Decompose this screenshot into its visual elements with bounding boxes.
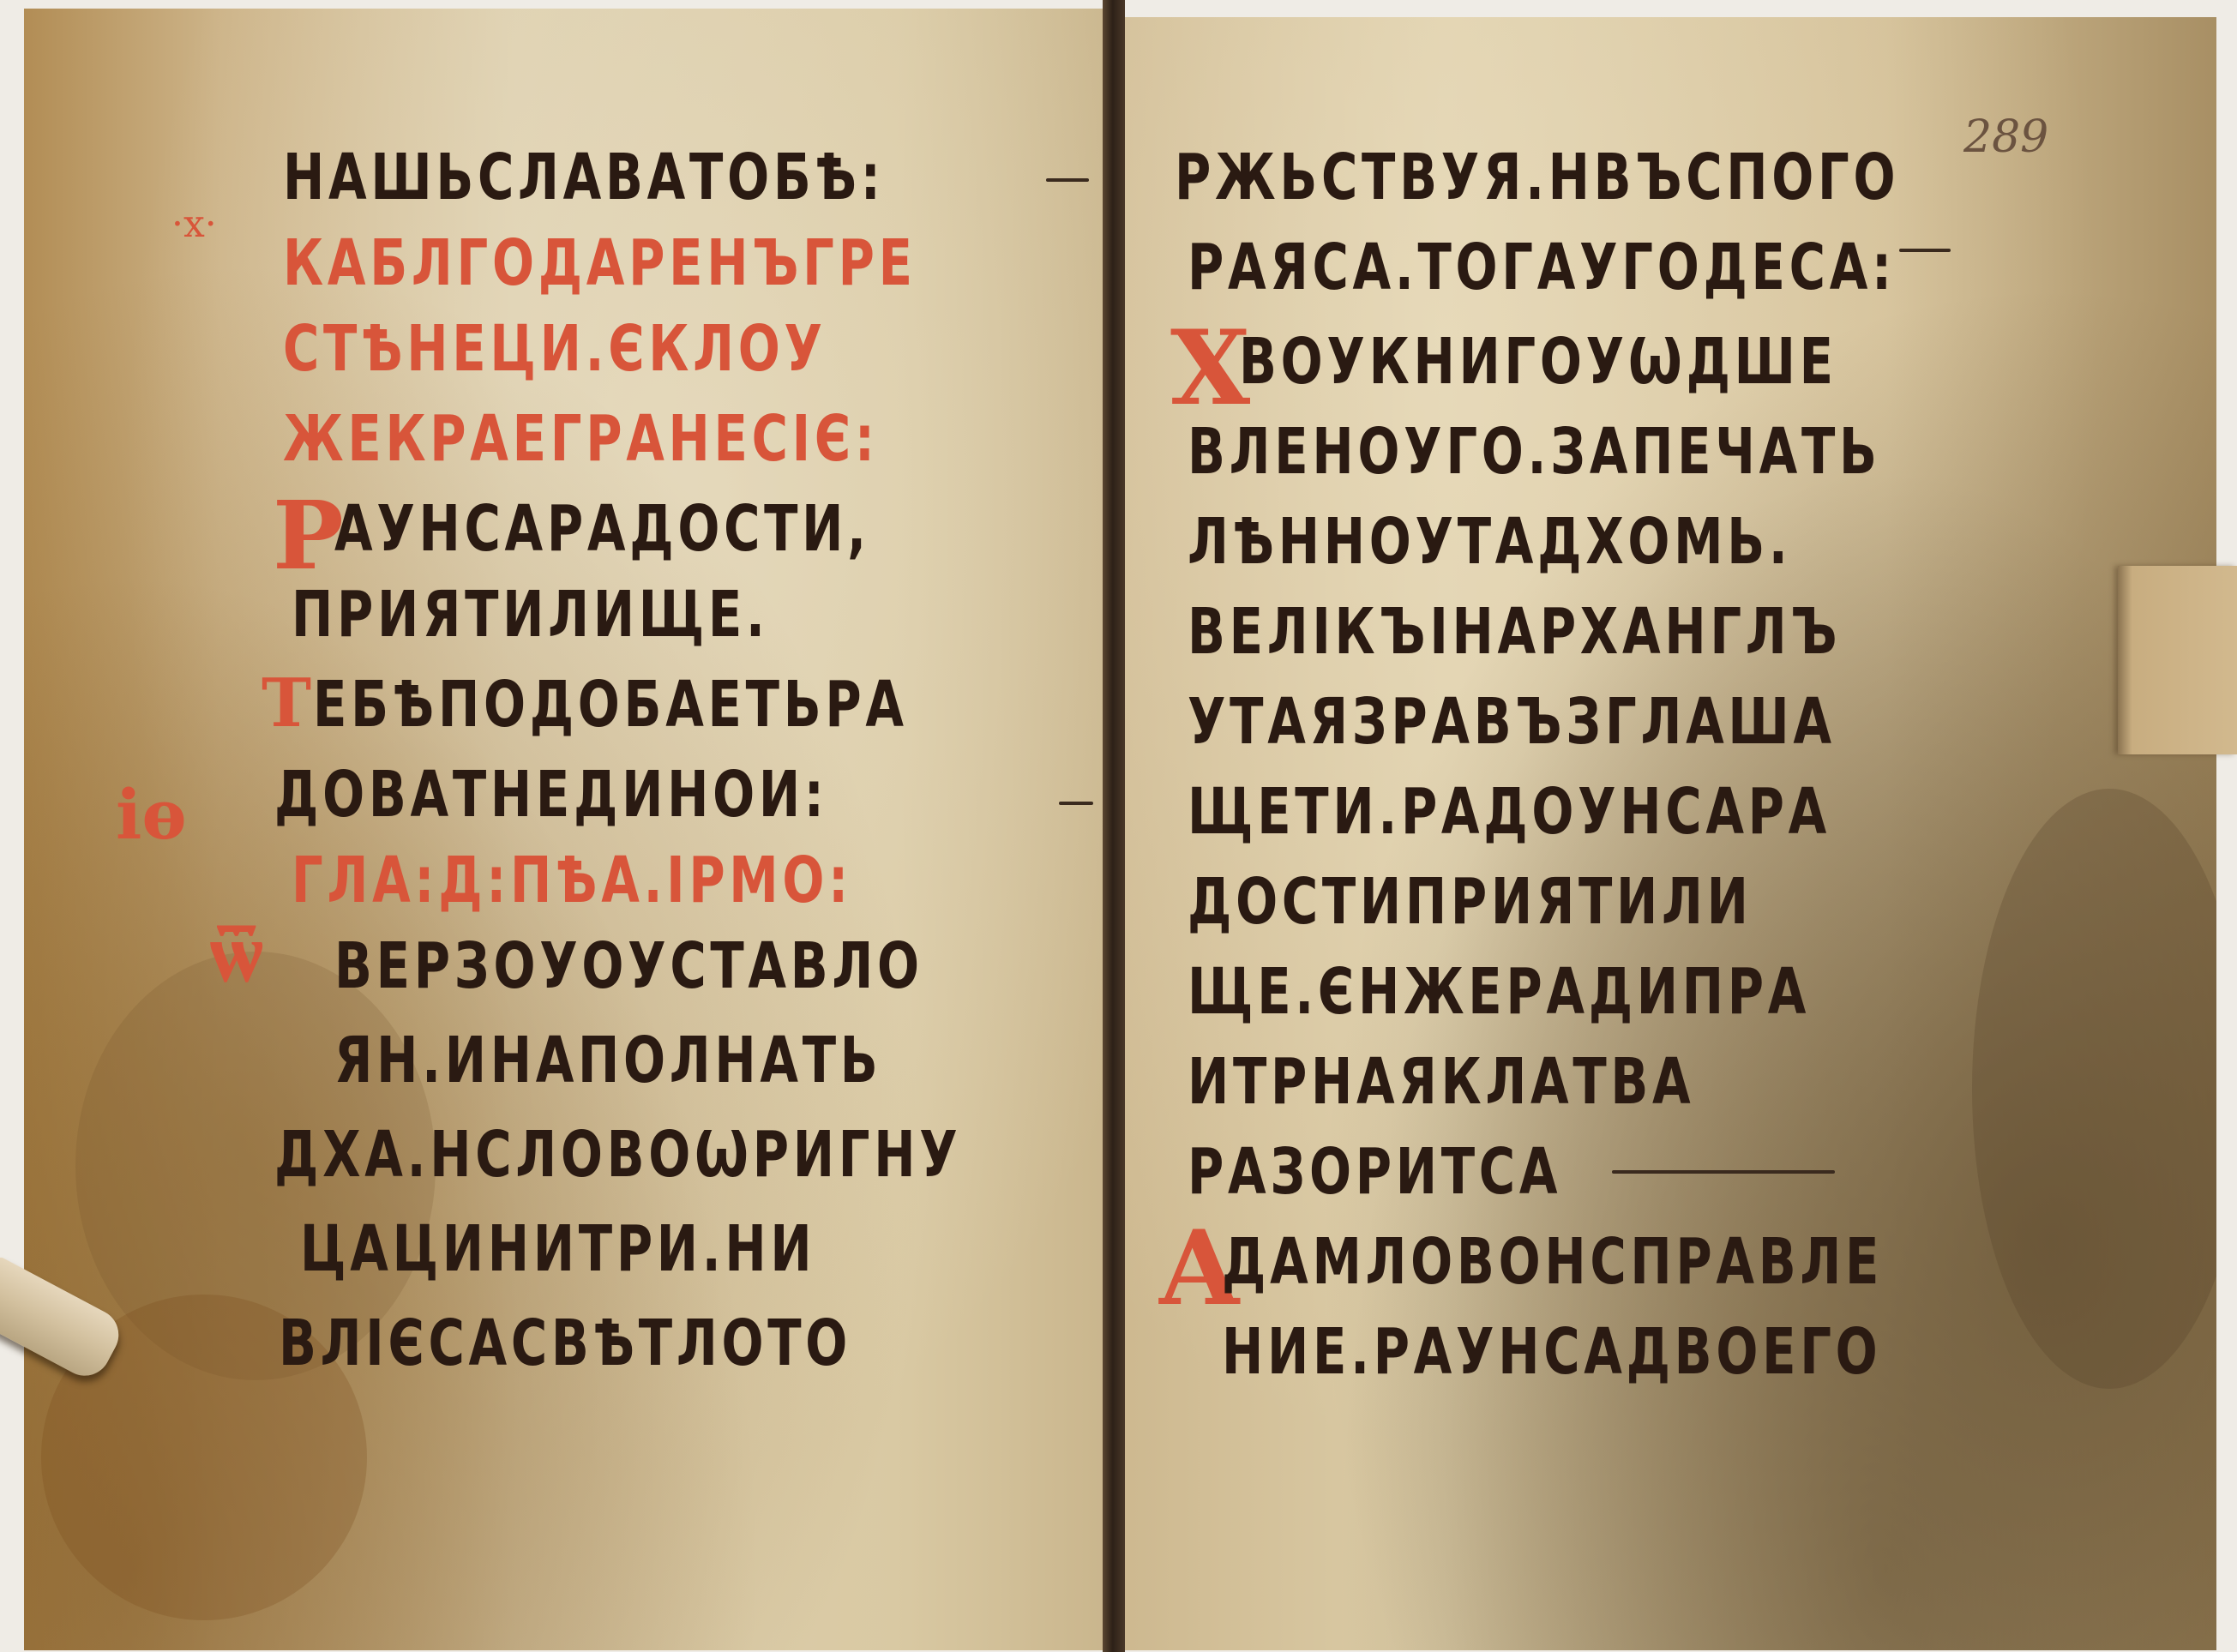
margin-omega-mark: ѿ (210, 909, 263, 994)
manuscript-spread: 289 ·х· іѳ ѿ НАШЬСЛАВАТОБѢ: КАБЛГОДАРЕНЪ… (0, 0, 2237, 1652)
text-line: ЩЕТИ.РАДОУНСАРА (1188, 780, 1831, 844)
text-line: ДХА.НСЛОВОѠРИГНУ (274, 1123, 961, 1186)
text-line: ВЛЕНОУГО.ЗАПЕЧАТЬ (1188, 420, 1881, 484)
line-end-flourish (1059, 802, 1093, 805)
rubric-line-tone: ГЛА:Д:ПѢА.ІРМО: (292, 849, 852, 912)
text-line: ЩЕ.ЄНЖЕРАДИПРА (1188, 960, 1810, 1024)
line-end-flourish (1899, 249, 1951, 252)
text-line: ВЕРЗОУОУСТАВЛО (334, 934, 923, 998)
text-line: РАЗОРИТСА (1188, 1140, 1561, 1204)
text-line: ЦАЦИНИТРИ.НИ (300, 1217, 815, 1281)
rubric-line: КАБЛГОДАРЕНЪГРЕ (283, 231, 917, 295)
text-line: НИЕ.РАУНСАДВОЕГО (1222, 1320, 1881, 1384)
parchment-stain (1972, 789, 2216, 1389)
text-line: РЖЬСТВУЯ.НВЪСПОГО (1175, 146, 1899, 209)
text-line: НАШЬСЛАВАТОБѢ: (283, 146, 884, 209)
text-line: ИТРНАЯКЛАТВА (1188, 1050, 1694, 1114)
folio-number: 289 (1963, 111, 2048, 163)
bookmark-tab[interactable] (2118, 566, 2237, 754)
text-line: ЛѢННОУТАДХОМЬ. (1188, 510, 1792, 574)
text-line: ВЕЛІКЪІНАРХАНГЛЪ (1188, 600, 1841, 664)
text-line: РАЯСА.ТОГАУГОДЕСА: (1188, 236, 1896, 299)
text-line: ЯН.ИНАПОЛНАТЬ (334, 1029, 881, 1092)
rubric-line: ЖЕКРАЕГРАНЕСІЄ: (283, 407, 879, 471)
line-end-flourish (1612, 1170, 1835, 1174)
text-line: ДАМЛОВОНСПРАВЛЕ (1222, 1230, 1883, 1294)
text-line: УТАЯЗРАВЪЗГЛАША (1188, 690, 1836, 754)
text-line: АУНСАРАДОСТИ, (334, 497, 870, 561)
text-line: ДОСТИПРИЯТИЛИ (1188, 870, 1753, 934)
text-line: ВОУКНИГОУѠДШЕ (1239, 330, 1837, 393)
rubric-line: СТѢНЕЦИ.ЄКЛОУ (283, 317, 827, 381)
margin-ornament-cross: ·х· (171, 206, 217, 243)
red-initial: Т (262, 670, 311, 737)
text-line: ВЛІЄСАСВѢТЛОТО (279, 1312, 851, 1375)
line-end-flourish (1046, 178, 1089, 182)
text-line: ДОВАТНЕДИНОИ: (274, 763, 828, 826)
book-gutter (1103, 0, 1125, 1652)
red-initial: Р (273, 489, 344, 583)
text-line: ПРИЯТИЛИЩЕ. (292, 583, 769, 646)
text-line: ЕБѢПОДОБАЕТЬРА (313, 673, 908, 736)
margin-section-mark: іѳ (116, 780, 187, 849)
